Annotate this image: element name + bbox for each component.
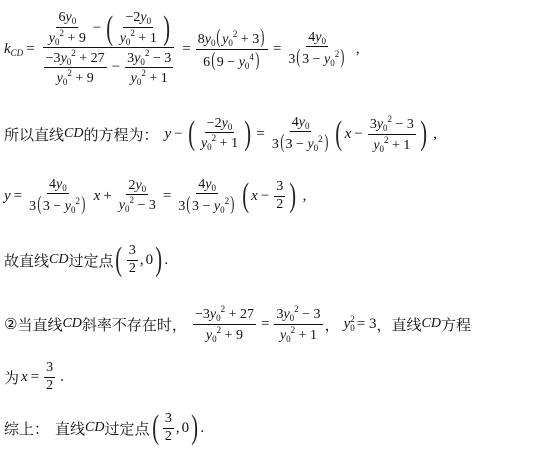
kcd-lhs: kCD	[4, 41, 23, 58]
kcd-compound-fraction: 6y0y02 + 9 − ( −2y0y02 + 1 ) −3y02 + 27y…	[40, 10, 178, 87]
kcd-intermediate-fraction: 8y0(y02 + 3) 6(9 − y04)	[196, 27, 268, 71]
case-2-line: ② 当直线 CD 斜率不存在时， −3y02 + 27y02 + 9 = 3y0…	[4, 298, 471, 350]
cd-label: CD	[64, 126, 83, 142]
line-equation-label: 的方程为：	[83, 124, 158, 145]
fixed-point-conclusion-line: 故直线 CD 过定点 ( 32 ,0 ) .	[4, 236, 168, 284]
simplified-equation-line: y = 4y03(3 − y02) x + 2y0y02 − 3 = 4y03(…	[4, 170, 306, 222]
case-2-prefix: 当直线	[17, 314, 62, 335]
conclusion-prefix: 故直线	[4, 250, 49, 271]
line-equation-line: 所以直线 CD 的方程为： y − ( −2y0y02 + 1 ) = 4y03…	[4, 104, 437, 164]
summary-middle: 直线	[55, 418, 85, 439]
line-equation-prefix: 所以直线	[4, 124, 64, 145]
summary-prefix: 综上：	[4, 418, 49, 439]
conclusion-suffix: 过定点	[68, 250, 113, 271]
cd-label: CD	[49, 252, 68, 268]
cd-label: CD	[85, 420, 104, 436]
case-2-result-prefix: 为	[4, 367, 19, 388]
case-2-suffix: 斜率不存在时，	[82, 314, 187, 335]
circled-2-marker: ②	[4, 315, 17, 333]
kcd-result-fraction: 4y0 3(3 − y02)	[286, 30, 347, 69]
case-2-result-line: 为 x = 32 .	[4, 356, 64, 398]
cd-label: CD	[62, 316, 81, 332]
summary-line: 综上： 直线 CD 过定点 ( 32 ,0 ) .	[4, 404, 204, 452]
kcd-computation-line: kCD = 6y0y02 + 9 − ( −2y0y02 + 1 ) −3y02…	[4, 6, 360, 92]
summary-suffix: 过定点	[104, 418, 149, 439]
